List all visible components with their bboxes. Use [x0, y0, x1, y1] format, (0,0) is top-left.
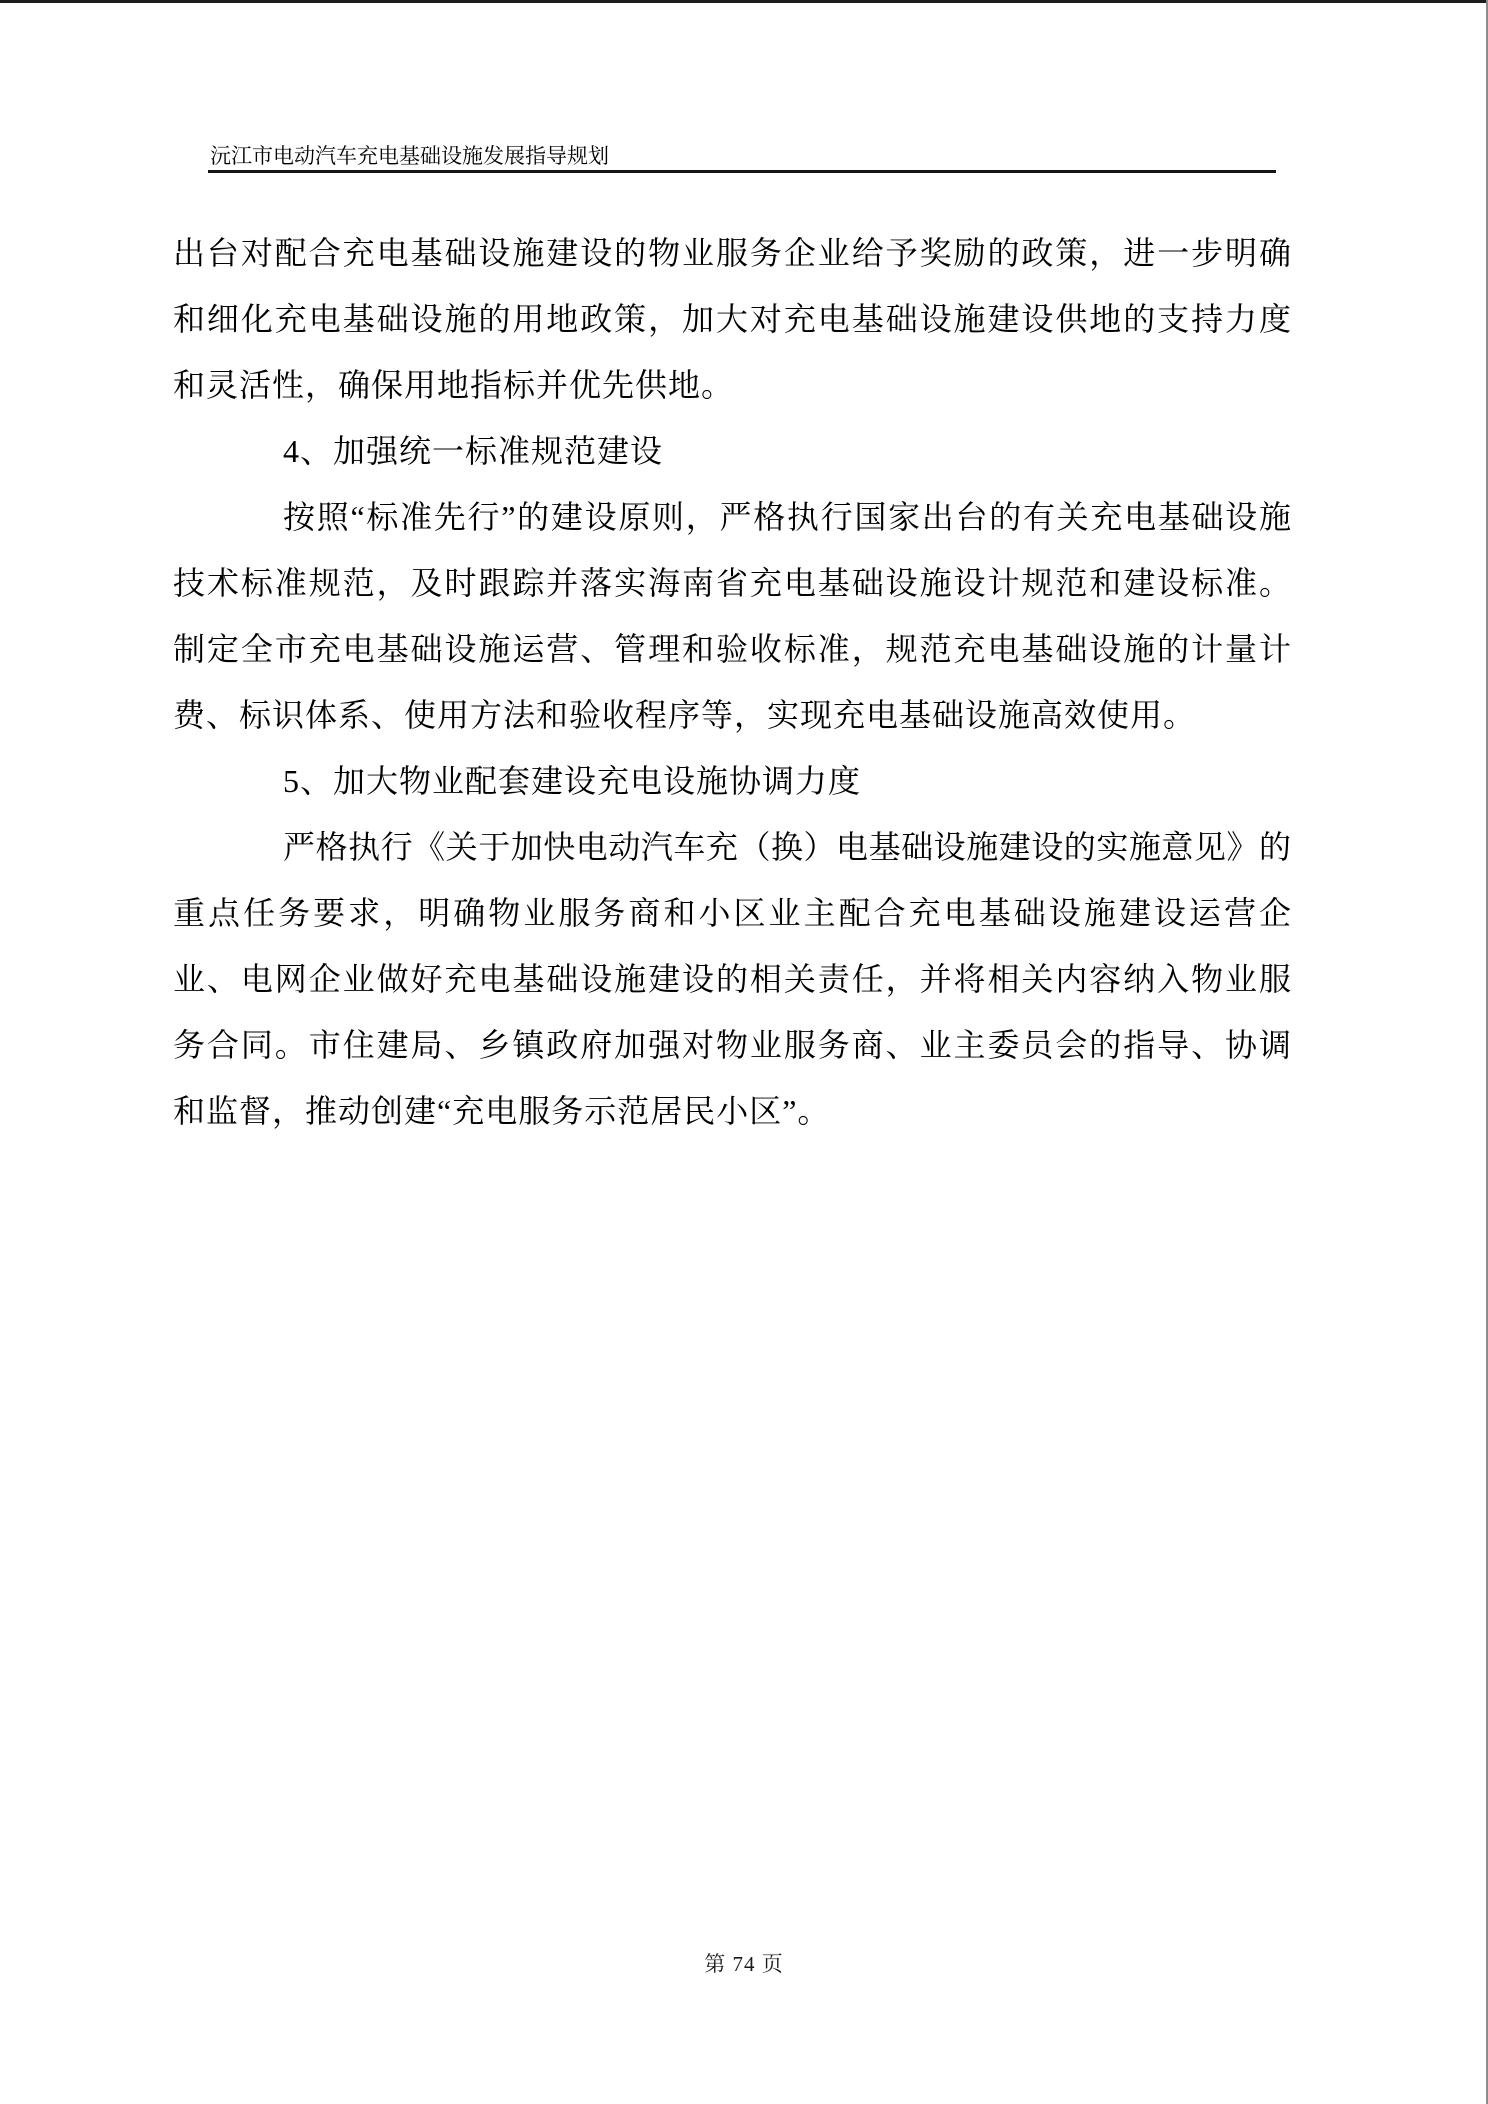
text-line: 费、标识体系、使用方法和验收程序等，实现充电基础设施高效使用。	[173, 682, 1291, 748]
text-line: 和灵活性，确保用地指标并优先供地。	[173, 352, 1291, 418]
body-paragraph: 严格执行《关于加快电动汽车充（换）电基础设施建设的实施意见》的重点任务要求，明确…	[173, 814, 1291, 1144]
body-paragraph: 按照“标准先行”的建设原则，严格执行国家出台的有关充电基础设施技术标准规范，及时…	[173, 484, 1291, 748]
text-line: 严格执行《关于加快电动汽车充（换）电基础设施建设的实施意见》的	[173, 814, 1291, 880]
text-line: 和监督，推动创建“充电服务示范居民小区”。	[173, 1078, 1291, 1144]
document-body: 出台对配合充电基础设施建设的物业服务企业给予奖励的政策，进一步明确和细化充电基础…	[173, 220, 1291, 1144]
document-page: 沅江市电动汽车充电基础设施发展指导规划 出台对配合充电基础设施建设的物业服务企业…	[0, 0, 1488, 2104]
text-line: 技术标准规范，及时跟踪并落实海南省充电基础设施设计规范和建设标准。	[173, 550, 1291, 616]
section-heading: 4、加强统一标准规范建设	[173, 418, 1291, 484]
text-line: 制定全市充电基础设施运营、管理和验收标准，规范充电基础设施的计量计	[173, 616, 1291, 682]
page-footer: 第 74 页	[0, 1949, 1488, 1979]
text-line: 业、电网企业做好充电基础设施建设的相关责任，并将相关内容纳入物业服	[173, 946, 1291, 1012]
page-top-border	[0, 0, 1488, 3]
section-heading: 5、加大物业配套建设充电设施协调力度	[173, 748, 1291, 814]
text-line: 按照“标准先行”的建设原则，严格执行国家出台的有关充电基础设施	[173, 484, 1291, 550]
text-line: 5、加大物业配套建设充电设施协调力度	[173, 748, 1291, 814]
text-line: 4、加强统一标准规范建设	[173, 418, 1291, 484]
text-line: 重点任务要求，明确物业服务商和小区业主配合充电基础设施建设运营企	[173, 880, 1291, 946]
text-line: 和细化充电基础设施的用地政策，加大对充电基础设施建设供地的支持力度	[173, 286, 1291, 352]
header-title: 沅江市电动汽车充电基础设施发展指导规划	[210, 143, 609, 169]
page-number: 第 74 页	[704, 1952, 784, 1976]
text-line: 出台对配合充电基础设施建设的物业服务企业给予奖励的政策，进一步明确	[173, 220, 1291, 286]
text-line: 务合同。市住建局、乡镇政府加强对物业服务商、业主委员会的指导、协调	[173, 1012, 1291, 1078]
body-paragraph: 出台对配合充电基础设施建设的物业服务企业给予奖励的政策，进一步明确和细化充电基础…	[173, 220, 1291, 418]
header-rule	[208, 170, 1276, 173]
